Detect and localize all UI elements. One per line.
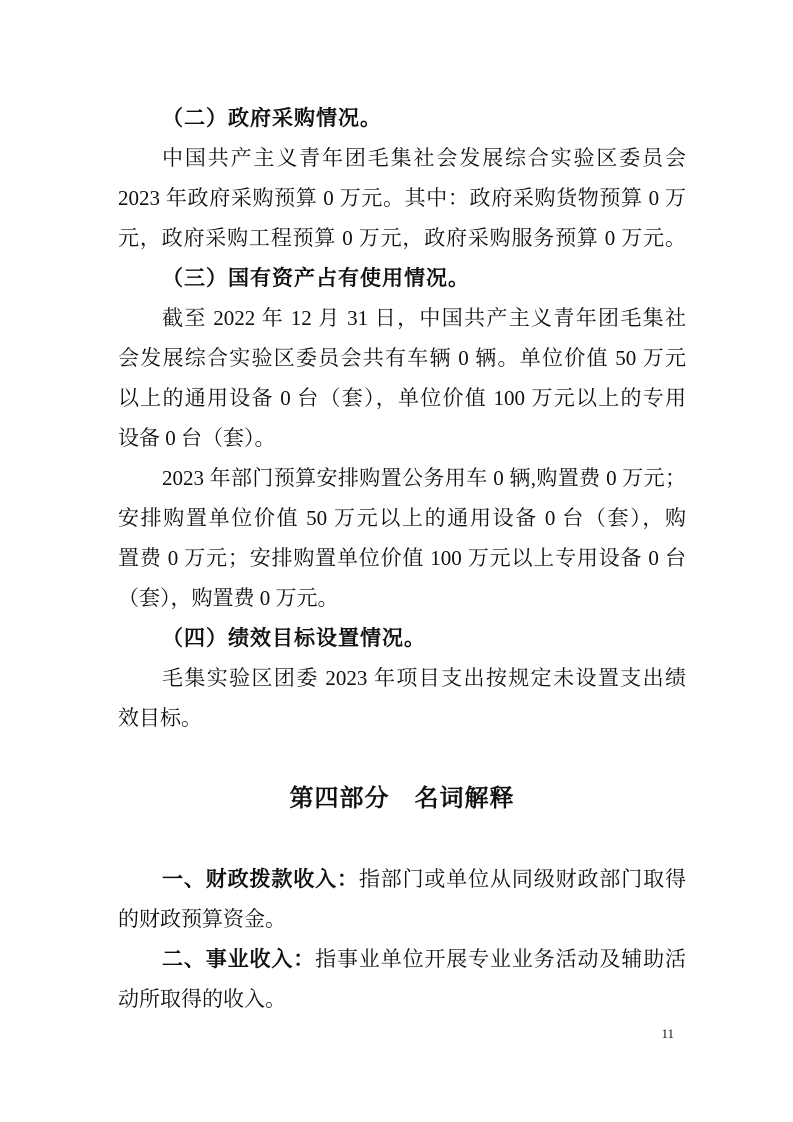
text-run: （二）政府采购情况。 xyxy=(162,106,382,130)
text-run: 指部门或单位从同级财政部门取得 xyxy=(359,867,686,891)
paragraph-line: 设备 0 台（套）。 xyxy=(118,418,686,458)
text-run: 2023 年部门预算安排购置公务用车 0 辆,购置费 0 万元； xyxy=(162,466,686,490)
paragraph-line: 2023 年政府采购预算 0 万元。其中：政府采购货物预算 0 万 xyxy=(118,178,686,218)
paragraph-line: 动所取得的收入。 xyxy=(118,979,686,1019)
text-run: 2023 年政府采购预算 0 万元。其中：政府采购货物预算 0 万 xyxy=(118,186,686,210)
paragraph-line: 的财政预算资金。 xyxy=(118,899,686,939)
text-run: 效目标。 xyxy=(118,706,202,730)
text-run: 第四部分 名词解释 xyxy=(290,785,515,812)
text-run: 动所取得的收入。 xyxy=(118,987,286,1011)
text-run: 会发展综合实验区委员会共有车辆 0 辆。单位价值 50 万元 xyxy=(118,346,686,370)
paragraph-line: 会发展综合实验区委员会共有车辆 0 辆。单位价值 50 万元 xyxy=(118,338,686,378)
paragraph-line: 效目标。 xyxy=(118,698,686,738)
text-run: （四）绩效目标设置情况。 xyxy=(162,626,426,650)
paragraph-line: 截至 2022 年 12 月 31 日，中国共产主义青年团毛集社 xyxy=(118,298,686,338)
text-run: 安排购置单位价值 50 万元以上的通用设备 0 台（套），购 xyxy=(118,506,686,530)
paragraph-line: 一、财政拨款收入：指部门或单位从同级财政部门取得 xyxy=(118,859,686,899)
text-run: 的财政预算资金。 xyxy=(118,907,286,931)
paragraph-line: 置费 0 万元；安排购置单位价值 100 万元以上专用设备 0 台 xyxy=(118,538,686,578)
text-run: 指事业单位开展专业业务活动及辅助活 xyxy=(315,947,686,971)
section-heading: （四）绩效目标设置情况。 xyxy=(118,618,686,658)
section-heading: （三）国有资产占有使用情况。 xyxy=(118,258,686,298)
paragraph-line: 安排购置单位价值 50 万元以上的通用设备 0 台（套），购 xyxy=(118,498,686,538)
paragraph-line: 元，政府采购工程预算 0 万元，政府采购服务预算 0 万元。 xyxy=(118,218,686,258)
page-number: 11 xyxy=(118,1026,686,1042)
text-run: （套），购置费 0 万元。 xyxy=(118,586,339,610)
text-run: 以上的通用设备 0 台（套），单位价值 100 万元以上的专用 xyxy=(118,386,686,410)
paragraph-line: 以上的通用设备 0 台（套），单位价值 100 万元以上的专用 xyxy=(118,378,686,418)
paragraph-line: 二、事业收入：指事业单位开展专业业务活动及辅助活 xyxy=(118,939,686,979)
term-label: 一、财政拨款收入： xyxy=(162,868,359,891)
document-body: （二）政府采购情况。中国共产主义青年团毛集社会发展综合实验区委员会2023 年政… xyxy=(118,98,686,1019)
text-run: 毛集实验区团委 2023 年项目支出按规定未设置支出绩 xyxy=(162,666,686,690)
text-run: 中国共产主义青年团毛集社会发展综合实验区委员会 xyxy=(162,146,686,170)
text-run: （三）国有资产占有使用情况。 xyxy=(162,266,470,290)
text-run: 置费 0 万元；安排购置单位价值 100 万元以上专用设备 0 台 xyxy=(118,546,686,570)
text-run: 元，政府采购工程预算 0 万元，政府采购服务预算 0 万元。 xyxy=(118,226,686,250)
paragraph-line: 2023 年部门预算安排购置公务用车 0 辆,购置费 0 万元； xyxy=(118,458,686,498)
term-label: 二、事业收入： xyxy=(162,948,315,971)
part-title: 第四部分 名词解释 xyxy=(118,771,686,827)
document-page: （二）政府采购情况。中国共产主义青年团毛集社会发展综合实验区委员会2023 年政… xyxy=(0,0,793,1122)
text-run: 设备 0 台（套）。 xyxy=(118,426,276,450)
section-heading: （二）政府采购情况。 xyxy=(118,98,686,138)
paragraph-line: 毛集实验区团委 2023 年项目支出按规定未设置支出绩 xyxy=(118,658,686,698)
text-run: 截至 2022 年 12 月 31 日，中国共产主义青年团毛集社 xyxy=(162,306,686,330)
paragraph-line: 中国共产主义青年团毛集社会发展综合实验区委员会 xyxy=(118,138,686,178)
paragraph-line: （套），购置费 0 万元。 xyxy=(118,578,686,618)
